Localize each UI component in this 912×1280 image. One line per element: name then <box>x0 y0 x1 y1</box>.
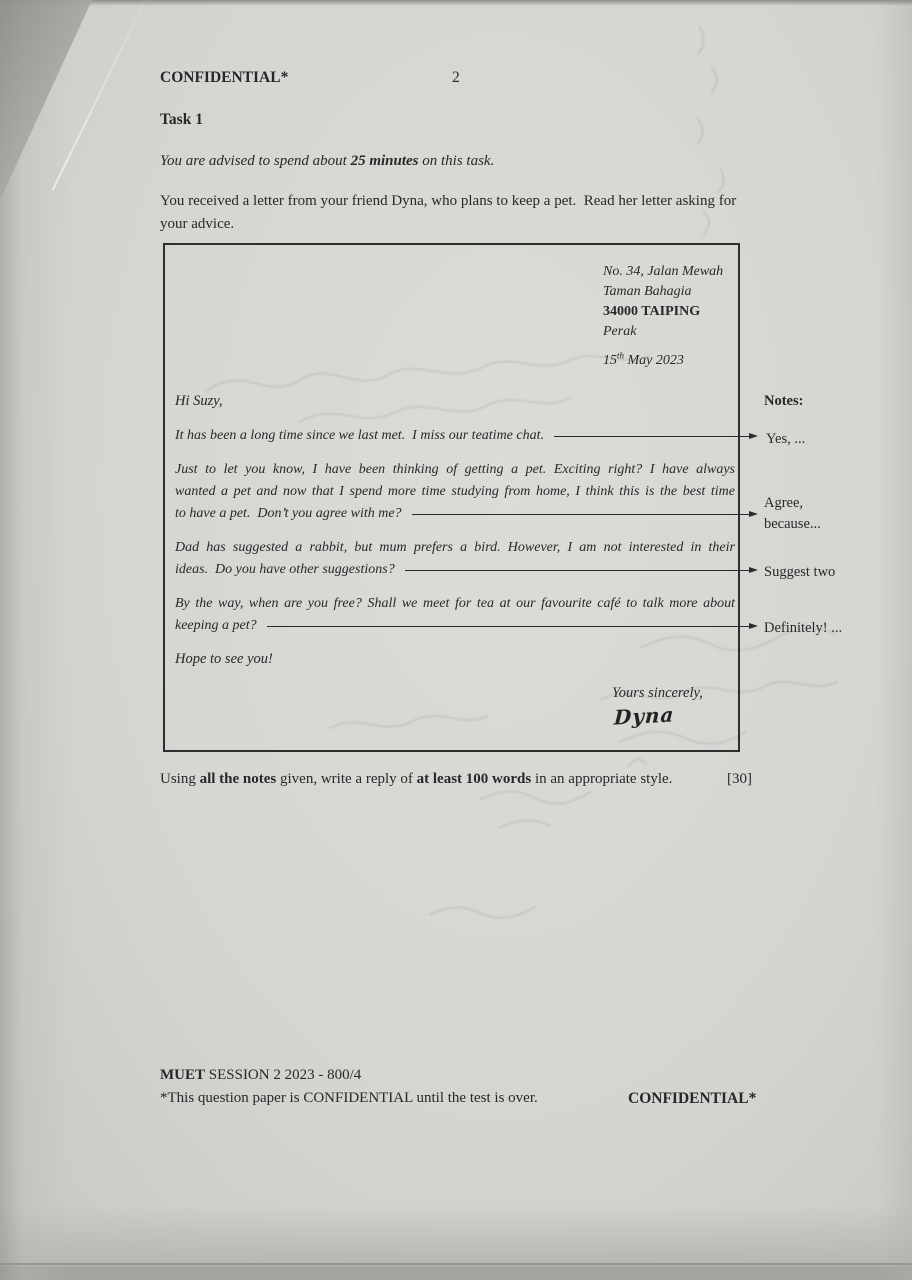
date-day: 15 <box>603 353 617 368</box>
mark-allocation: [30] <box>727 770 752 789</box>
letter-paragraph-3-lastline: ideas. Do you have other suggestions? <box>175 562 758 578</box>
letter-paragraph-4-lastline: keeping a pet? <box>175 618 758 634</box>
note-arrow-head-2 <box>749 511 758 517</box>
note-yes: Yes, ... <box>766 430 805 448</box>
instruction-part1: Using <box>160 771 200 787</box>
advisory-duration: 25 minutes <box>351 153 419 169</box>
date-rest: May 2023 <box>624 353 684 368</box>
note-suggest-two: Suggest two <box>764 563 835 581</box>
footer-confidential-note: *This question paper is CONFIDENTIAL unt… <box>160 1089 538 1108</box>
task-title: Task 1 <box>160 110 203 129</box>
note-arrow-line-1 <box>554 436 749 437</box>
note-arrow-line-3 <box>405 570 749 571</box>
instruction-all-notes: all the notes <box>200 771 277 787</box>
time-advisory: You are advised to spend about 25 minute… <box>160 152 494 171</box>
footer-paper-code: MUET SESSION 2 2023 - 800/4 <box>160 1066 361 1085</box>
scanned-exam-page: CONFIDENTIAL* 2 Task 1 You are advised t… <box>0 0 912 1280</box>
instruction-part3: given, write a reply of <box>276 771 416 787</box>
signature-dyna: Dyna <box>613 702 675 729</box>
paragraph-3-line2: ideas. Do you have other suggestions? <box>175 562 395 578</box>
paragraph-4-line1: By the way, when are you free? Shall we … <box>175 596 735 612</box>
sender-address-line2: Taman Bahagia <box>603 282 692 302</box>
letter-paragraph-2-lastline: to have a pet. Don’t you agree with me? <box>175 506 758 522</box>
paragraph-2-line2: wanted a pet and now that I spend more t… <box>175 484 735 500</box>
page-number: 2 <box>452 68 460 87</box>
note-arrow-head-3 <box>749 567 758 573</box>
note-arrow-head-4 <box>749 623 758 629</box>
note-agree-line1: Agree, <box>764 494 803 512</box>
paragraph-1-text: It has been a long time since we last me… <box>175 428 544 444</box>
note-arrow-line-4 <box>267 626 749 627</box>
sender-address-line3: 34000 TAIPING <box>603 302 700 322</box>
footer-confidential-label: CONFIDENTIAL* <box>628 1089 756 1108</box>
salutation: Hi Suzy, <box>175 392 223 410</box>
writing-instruction: Using all the notes given, write a reply… <box>160 770 672 789</box>
footer-session-rest: SESSION 2 2023 - 800/4 <box>205 1067 361 1083</box>
task-intro-line2: your advice. <box>160 215 234 234</box>
paragraph-4-line2: keeping a pet? <box>175 618 257 634</box>
letter-closing: Hope to see you! <box>175 650 273 668</box>
letter-date: 15th May 2023 <box>603 352 684 370</box>
paragraph-3-line1: Dad has suggested a rabbit, but mum pref… <box>175 540 735 556</box>
paragraph-2-line3: to have a pet. Don’t you agree with me? <box>175 506 402 522</box>
instruction-part5: in an appropriate style. <box>531 771 672 787</box>
footer-muet-bold: MUET <box>160 1067 205 1083</box>
header-confidential-label: CONFIDENTIAL* <box>160 68 288 87</box>
task-intro-line1: You received a letter from your friend D… <box>160 192 736 211</box>
letter-paragraph-1: It has been a long time since we last me… <box>175 428 758 444</box>
notes-label: Notes: <box>764 392 803 410</box>
paragraph-2-line1: Just to let you know, I have been thinki… <box>175 462 735 478</box>
sender-address-line4: Perak <box>603 322 636 342</box>
letter-signoff: Yours sincerely, <box>612 684 703 702</box>
advisory-suffix: on this task. <box>419 153 495 169</box>
note-arrow-head-1 <box>749 433 758 439</box>
instruction-word-count: at least 100 words <box>417 771 532 787</box>
photo-bottom-edge <box>0 1263 912 1265</box>
advisory-prefix: You are advised to spend about <box>160 153 351 169</box>
note-arrow-line-2 <box>412 514 749 515</box>
note-definitely: Definitely! ... <box>764 619 842 637</box>
note-agree-line2: because... <box>764 515 821 533</box>
sender-address-line1: No. 34, Jalan Mewah <box>603 262 723 282</box>
date-ordinal-suffix: th <box>617 350 624 360</box>
